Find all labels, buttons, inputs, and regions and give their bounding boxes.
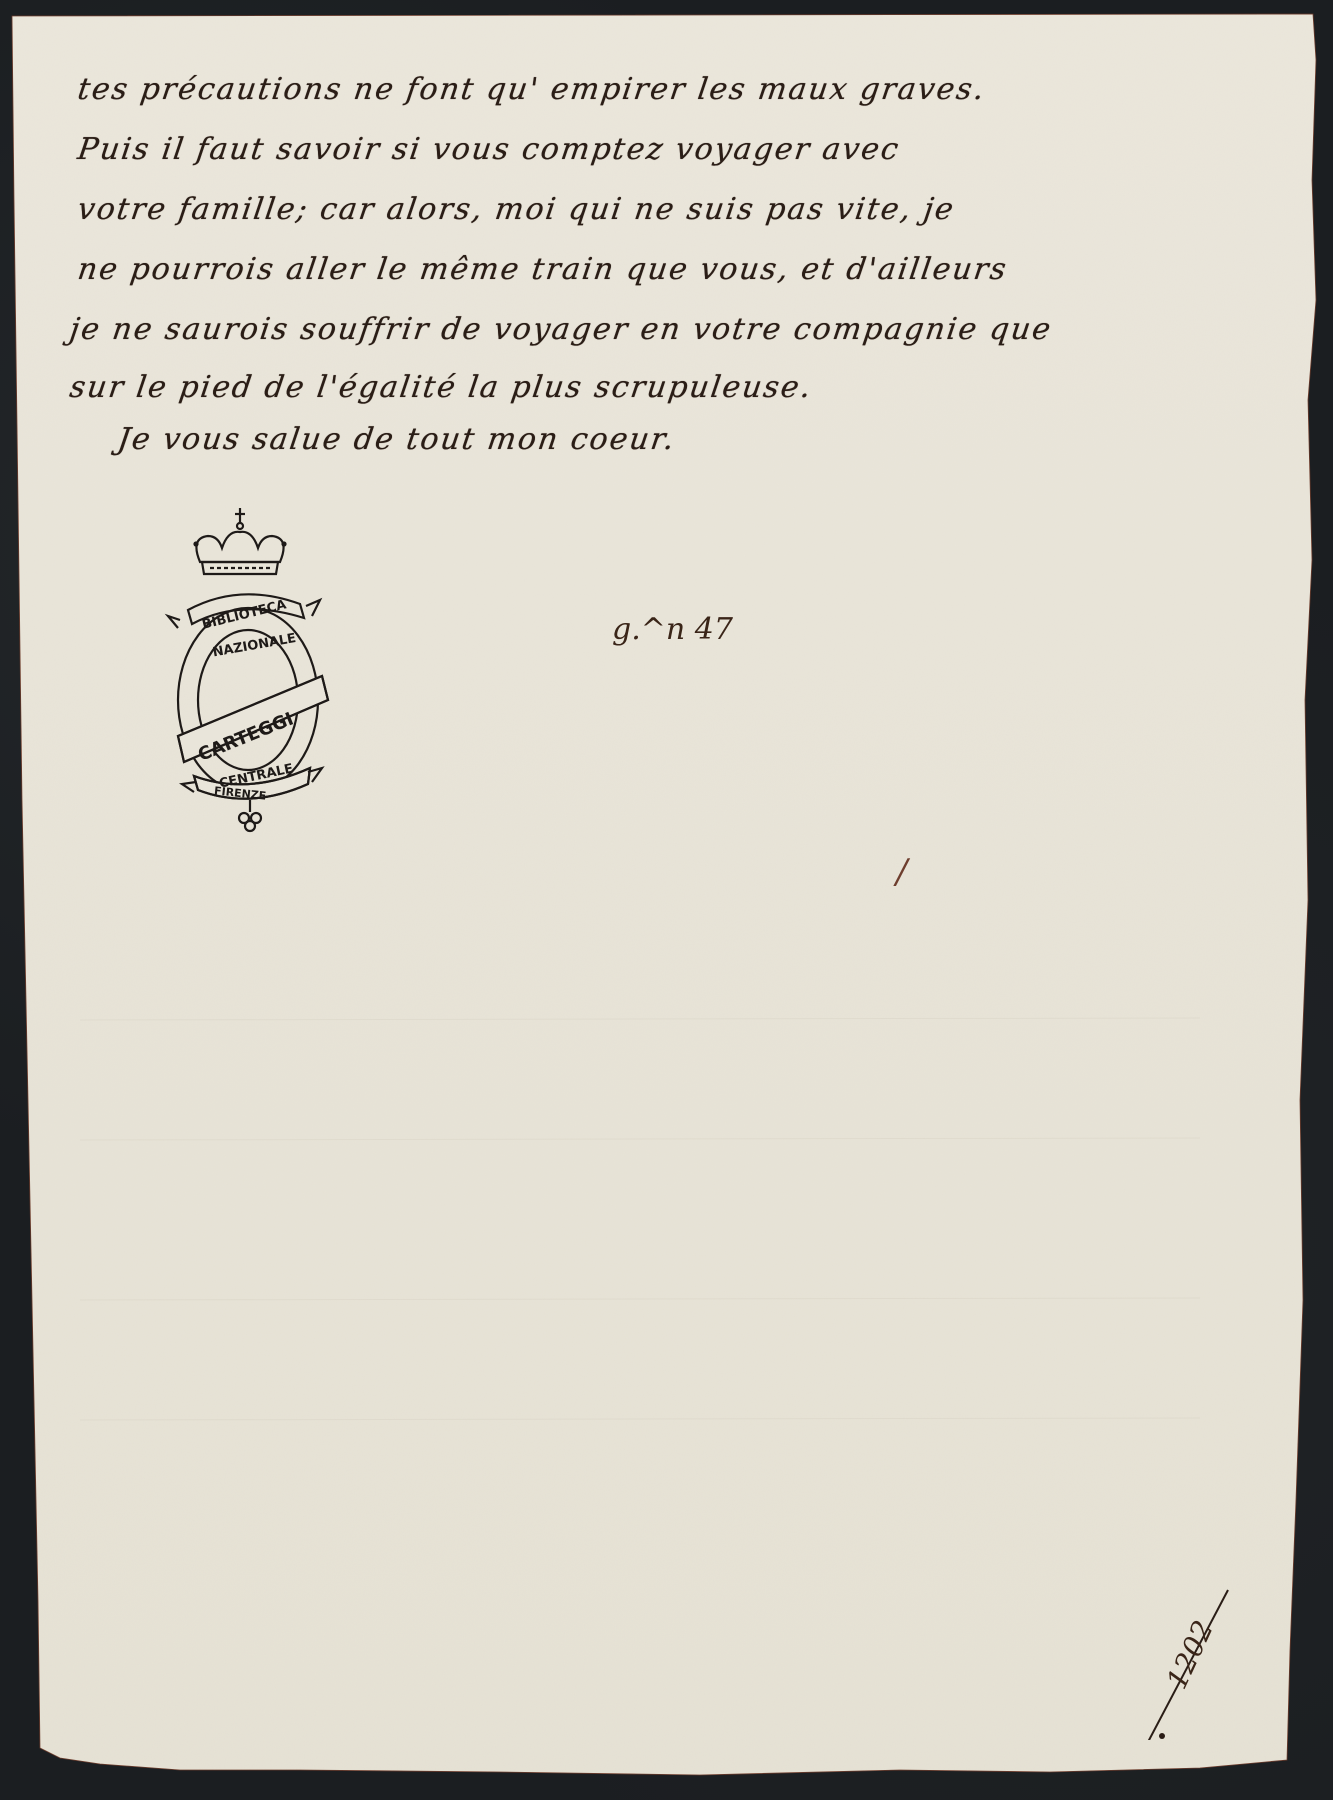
letter-line-6: sur le pied de l'égalité la plus scrupul… — [68, 370, 815, 405]
letter-line-3: votre famille; car alors, moi qui ne sui… — [76, 192, 958, 227]
stamp-ring-text: NAZIONALE — [212, 631, 298, 660]
letter-line-4: ne pourrois aller le même train que vous… — [76, 252, 1011, 287]
letter-line-1: tes précautions ne font qu' empirer les … — [76, 72, 988, 107]
archive-mark: g.^n 47 — [612, 612, 733, 647]
mid-page-mark: / — [896, 852, 907, 892]
letter-closing-line: Je vous salue de tout mon coeur. — [116, 422, 678, 457]
letter-line-2: Puis il faut savoir si vous comptez voya… — [76, 132, 903, 167]
crown-icon — [195, 508, 286, 574]
stamp-top-label: BIBLIOTECA — [201, 597, 288, 632]
stamp-graphic: BIBLIOTECA NAZIONALE CARTEGGI CENTRALE F… — [160, 500, 340, 840]
letter-line-5: je ne saurois souffrir de voyager en vot… — [68, 312, 1055, 347]
library-stamp: BIBLIOTECA NAZIONALE CARTEGGI CENTRALE F… — [160, 500, 340, 840]
